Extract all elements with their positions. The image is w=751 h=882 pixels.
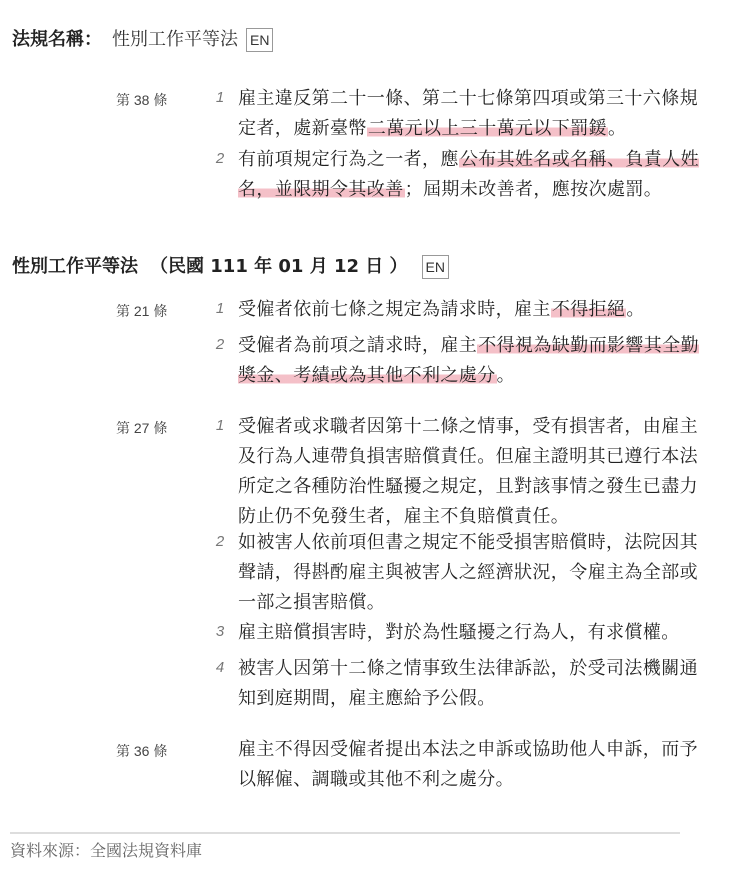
paragraph-number: 2	[212, 331, 228, 359]
law-title: 性別工作平等法	[12, 254, 138, 280]
paragraph-number: 1	[212, 295, 228, 323]
law-name-label: 法規名稱：	[12, 27, 102, 53]
data-source: 資料來源：全國法規資料庫	[10, 838, 202, 864]
article-number: 第 27 條	[116, 413, 167, 443]
text-segment: 。	[497, 365, 515, 386]
paragraph-text: 雇主賠償損害時，對於為性騷擾之行為人，有求償權。	[238, 618, 700, 648]
law-name-value: 性別工作平等法	[112, 27, 238, 53]
highlighted-text: 二萬元以上三十萬元以下罰鍰	[367, 118, 608, 139]
paragraph-text: 有前項規定行為之一者，應公布其姓名或名稱、負責人姓名，並限期令其改善；屆期未改善…	[238, 145, 700, 205]
paragraph-text: 被害人因第十二條之情事致生法律訴訟，於受司法機關通知到庭期間，雇主應給予公假。	[238, 654, 700, 714]
paragraph-text: 雇主違反第二十一條、第二十七條第四項或第三十六條規定者，處新臺幣二萬元以上三十萬…	[238, 84, 700, 144]
paragraph-number: 3	[212, 618, 228, 646]
text-segment: 受僱者為前項之請求時，雇主	[238, 335, 477, 356]
english-version-button[interactable]: EN	[246, 28, 273, 52]
paragraph-number: 2	[212, 528, 228, 556]
article-number: 第 21 條	[116, 296, 167, 326]
text-segment: 。	[626, 299, 644, 320]
article-number: 第 36 條	[116, 736, 167, 766]
law-name-header: 法規名稱： 性別工作平等法 EN	[12, 27, 273, 53]
paragraph-text: 如被害人依前項但書之規定不能受損害賠償時，法院因其聲請，得斟酌雇主與被害人之經濟…	[238, 528, 700, 618]
paragraph-text: 雇主不得因受僱者提出本法之申訴或協助他人申訴，而予以解僱、調職或其他不利之處分。	[238, 735, 700, 795]
paragraph-text: 受僱者或求職者因第十二條之情事，受有損害者，由雇主及行為人連帶負損害賠償責任。但…	[238, 412, 700, 532]
paragraph-text: 受僱者依前七條之規定為請求時，雇主不得拒絕。	[238, 295, 700, 325]
paragraph-number: 4	[212, 654, 228, 682]
paragraph-number: 2	[212, 145, 228, 173]
article-number: 第 38 條	[116, 85, 167, 115]
text-segment: 受僱者依前七條之規定為請求時，雇主	[238, 299, 551, 320]
paragraph-number: 1	[212, 84, 228, 112]
text-segment: 。	[608, 118, 626, 139]
highlighted-text: 不得拒絕	[551, 299, 627, 320]
paragraph-number: 1	[212, 412, 228, 440]
english-version-button[interactable]: EN	[422, 255, 449, 279]
text-segment: 有前項規定行為之一者，應	[238, 149, 459, 170]
footer-divider	[10, 832, 680, 834]
text-segment: ；屆期未改善者，應按次處罰。	[405, 179, 663, 200]
law-version-date: （民國 111 年 01 月 12 日 ）	[150, 254, 408, 280]
law-version-header: 性別工作平等法 （民國 111 年 01 月 12 日 ） EN	[12, 254, 449, 280]
paragraph-text: 受僱者為前項之請求時，雇主不得視為缺勤而影響其全勤獎金、考績或為其他不利之處分。	[238, 331, 700, 391]
